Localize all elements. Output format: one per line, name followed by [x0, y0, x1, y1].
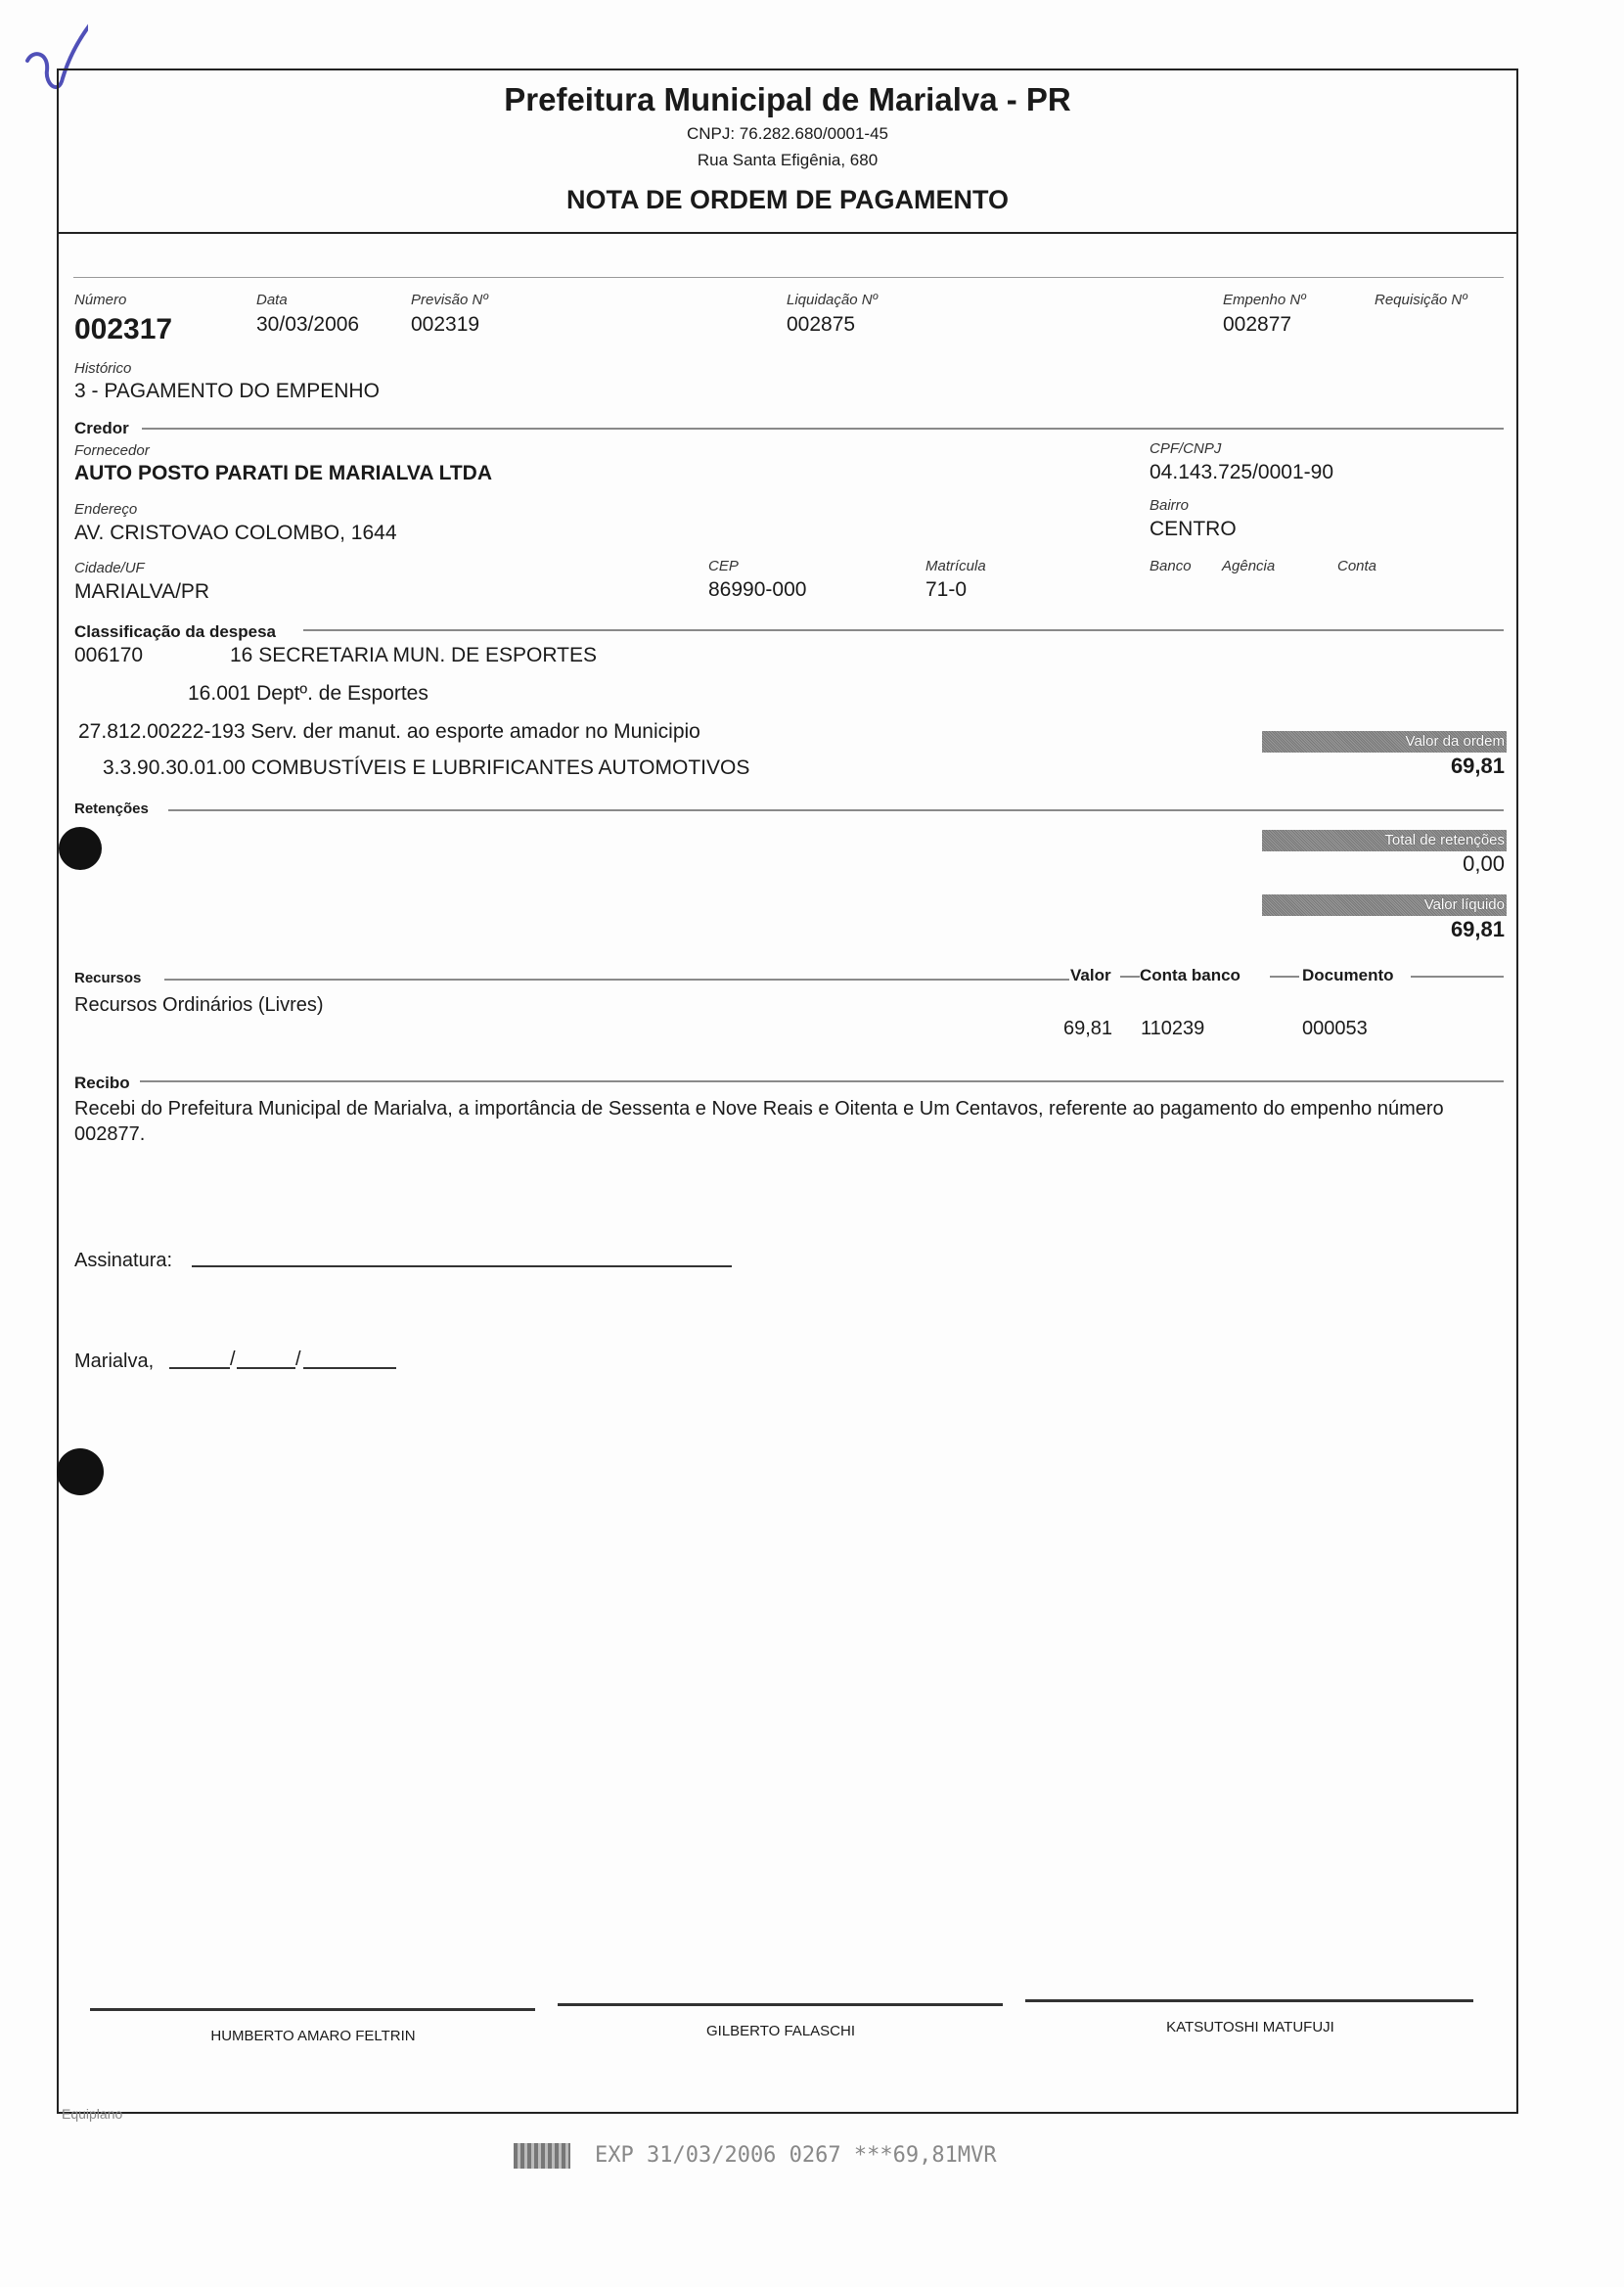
software-credit: Equiplano: [62, 2106, 122, 2122]
historico-label: Histórico: [74, 360, 131, 377]
signature-line: [90, 2008, 535, 2011]
cidade-value: MARIALVA/PR: [74, 580, 209, 604]
divider: [1411, 976, 1504, 978]
valor-liquido-value: 69,81: [1451, 917, 1505, 942]
recursos-valor-header: Valor: [1070, 966, 1111, 985]
fornecedor-value: AUTO POSTO PARATI DE MARIALVA LTDA: [74, 462, 492, 485]
banco-label: Banco: [1150, 558, 1192, 574]
document-title: NOTA DE ORDEM DE PAGAMENTO: [0, 185, 1575, 215]
divider: [303, 629, 1504, 631]
assinatura-line[interactable]: [192, 1265, 732, 1267]
retencoes-section-title: Retenções: [74, 800, 149, 817]
classificacao-code: 006170: [74, 644, 143, 667]
bank-authentication-stamp: EXP 31/03/2006 0267 ***69,81MVR: [595, 2143, 997, 2168]
recursos-section-title: Recursos: [74, 970, 141, 986]
divider: [142, 428, 1504, 430]
matricula-value: 71-0: [925, 578, 967, 602]
address: Rua Santa Efigênia, 680: [0, 151, 1575, 170]
conta-label: Conta: [1337, 558, 1376, 574]
classificacao-elemento: 3.3.90.30.01.00 COMBUSTÍVEIS E LUBRIFICA…: [103, 756, 749, 780]
classificacao-section-title: Classificação da despesa: [74, 622, 276, 642]
recursos-documento: 000053: [1302, 1018, 1368, 1040]
date-separator: /: [230, 1349, 236, 1371]
numero-value: 002317: [74, 313, 172, 346]
total-retencoes-label: Total de retenções: [1262, 830, 1507, 851]
cpf-label: CPF/CNPJ: [1150, 440, 1221, 457]
divider: [1270, 976, 1299, 978]
signatory-name: KATSUTOSHI MATUFUJI: [1035, 2019, 1466, 2035]
classificacao-funcional: 27.812.00222-193 Serv. der manut. ao esp…: [78, 720, 700, 744]
divider: [73, 277, 1504, 278]
date-month-line[interactable]: [237, 1367, 295, 1369]
divider: [168, 809, 1504, 811]
classificacao-unidade: 16.001 Deptº. de Esportes: [188, 682, 429, 706]
bairro-label: Bairro: [1150, 497, 1189, 514]
municipality-title: Prefeitura Municipal de Marialva - PR: [0, 81, 1575, 118]
recibo-section-title: Recibo: [74, 1074, 130, 1093]
date-year-line[interactable]: [303, 1367, 396, 1369]
data-value: 30/03/2006: [256, 313, 359, 337]
valor-ordem-label: Valor da ordem: [1262, 731, 1507, 753]
recursos-documento-header: Documento: [1302, 966, 1394, 985]
divider: [1120, 976, 1140, 978]
signature-line: [1025, 1999, 1473, 2002]
fornecedor-label: Fornecedor: [74, 442, 150, 459]
recursos-valor: 69,81: [1063, 1018, 1112, 1040]
total-retencoes-value: 0,00: [1463, 851, 1505, 877]
recursos-conta: 110239: [1141, 1018, 1204, 1040]
requisicao-label: Requisição Nº: [1375, 292, 1467, 308]
local-data-label: Marialva,: [74, 1350, 154, 1373]
signature-line: [558, 2003, 1003, 2006]
matricula-label: Matrícula: [925, 558, 986, 574]
cpf-value: 04.143.725/0001-90: [1150, 461, 1333, 484]
divider: [164, 979, 1069, 981]
punch-hole: [59, 827, 102, 870]
bank-logo-icon: [514, 2143, 570, 2169]
date-separator: /: [295, 1349, 301, 1371]
empenho-label: Empenho Nº: [1223, 292, 1306, 308]
data-label: Data: [256, 292, 288, 308]
agencia-label: Agência: [1222, 558, 1275, 574]
historico-value: 3 - PAGAMENTO DO EMPENHO: [74, 380, 380, 403]
valor-liquido-label: Valor líquido: [1262, 894, 1507, 916]
date-day-line[interactable]: [169, 1367, 230, 1369]
cidade-label: Cidade/UF: [74, 560, 145, 576]
endereco-value: AV. CRISTOVAO COLOMBO, 1644: [74, 522, 397, 545]
cnpj: CNPJ: 76.282.680/0001-45: [0, 124, 1575, 144]
signatory-name: GILBERTO FALASCHI: [565, 2023, 996, 2039]
cep-value: 86990-000: [708, 578, 806, 602]
numero-label: Número: [74, 292, 126, 308]
classificacao-orgao: 16 SECRETARIA MUN. DE ESPORTES: [230, 644, 597, 667]
endereco-label: Endereço: [74, 501, 137, 518]
liquidacao-label: Liquidação Nº: [787, 292, 878, 308]
credor-section-title: Credor: [74, 419, 129, 438]
document-frame: [57, 69, 1518, 2114]
previsao-label: Previsão Nº: [411, 292, 488, 308]
empenho-value: 002877: [1223, 313, 1291, 337]
cep-label: CEP: [708, 558, 739, 574]
liquidacao-value: 002875: [787, 313, 855, 337]
punch-hole: [57, 1448, 104, 1495]
recibo-text: Recebi do Prefeitura Municipal de Marial…: [74, 1096, 1483, 1147]
assinatura-label: Assinatura:: [74, 1250, 172, 1272]
signatory-name: HUMBERTO AMARO FELTRIN: [98, 2028, 528, 2044]
recursos-descricao: Recursos Ordinários (Livres): [74, 994, 324, 1017]
bairro-value: CENTRO: [1150, 518, 1237, 541]
valor-ordem-value: 69,81: [1451, 754, 1505, 779]
header-divider: [57, 232, 1518, 234]
divider: [140, 1080, 1504, 1082]
recursos-conta-header: Conta banco: [1140, 966, 1241, 985]
previsao-value: 002319: [411, 313, 479, 337]
